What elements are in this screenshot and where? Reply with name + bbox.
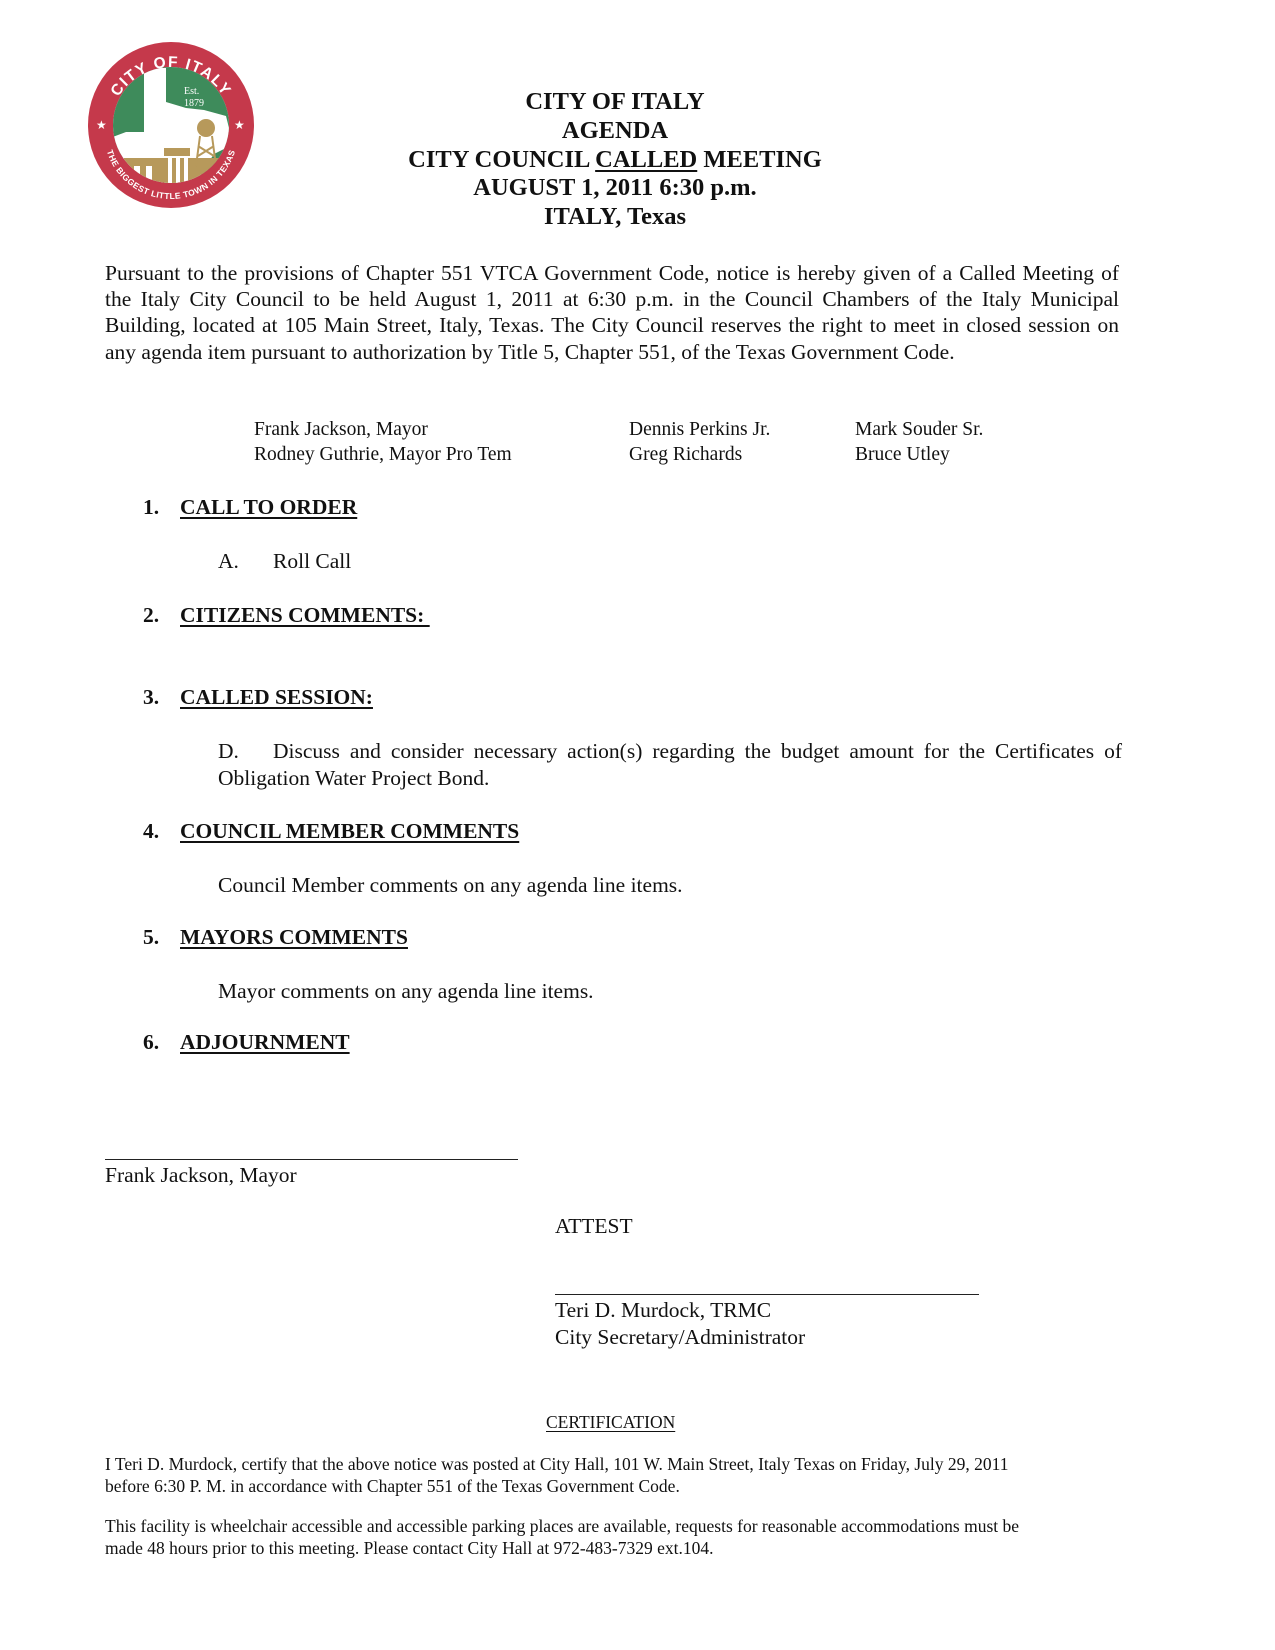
council-member: Dennis Perkins Jr. [629,418,770,443]
header-location: ITALY, Texas [330,203,900,232]
header-city: CITY OF ITALY [330,88,900,117]
council-member: Frank Jackson, Mayor [254,418,512,443]
attest-label: ATTEST [555,1214,633,1239]
agenda-item-d: D.Discuss and consider necessary action(… [218,738,1122,792]
accessibility-notice: This facility is wheelchair accessible a… [105,1515,1019,1559]
agenda-number: 2. [143,603,159,628]
svg-text:Est.: Est. [184,86,199,97]
agenda-sub-roll-call: Roll Call [273,549,351,574]
agenda-sub-letter: D. [218,738,273,765]
agenda-heading-adjournment: ADJOURNMENT [180,1030,350,1055]
secretary-signature-line [555,1294,979,1295]
notice-paragraph: Pursuant to the provisions of Chapter 55… [105,260,1119,365]
agenda-heading-citizens-comments: CITIZENS COMMENTS: [180,603,430,628]
certification-title: CERTIFICATION [546,1412,675,1433]
header-date: AUGUST 1, 2011 6:30 p.m. [330,174,900,203]
header-meeting-type: CITY COUNCIL CALLED MEETING [330,146,900,175]
mayor-signature-name: Frank Jackson, Mayor [105,1163,297,1188]
agenda-heading-call-to-order: CALL TO ORDER [180,495,357,520]
secretary-name: Teri D. Murdock, TRMC [555,1298,771,1323]
city-seal-icon: Est. 1879 CITY OF ITALY THE BIGGEST LITT… [86,40,256,210]
city-seal-logo: Est. 1879 CITY OF ITALY THE BIGGEST LITT… [86,40,256,210]
council-member: Bruce Utley [855,443,983,468]
council-column-3: Mark Souder Sr. Bruce Utley [855,418,983,467]
council-member: Rodney Guthrie, Mayor Pro Tem [254,443,512,468]
council-member: Greg Richards [629,443,770,468]
agenda-sub-letter: A. [218,549,239,574]
council-member: Mark Souder Sr. [855,418,983,443]
mayor-signature-line [105,1159,518,1160]
agenda-heading-called-session: CALLED SESSION: [180,685,373,710]
star-icon: ★ [234,118,245,132]
agenda-sub-text: Discuss and consider necessary action(s)… [218,739,1122,790]
agenda-number: 4. [143,819,159,844]
agenda-number: 5. [143,925,159,950]
agenda-number: 3. [143,685,159,710]
agenda-body: Council Member comments on any agenda li… [218,873,683,898]
agenda-heading-council-comments: COUNCIL MEMBER COMMENTS [180,819,519,844]
svg-text:1879: 1879 [184,98,204,109]
agenda-number: 1. [143,495,159,520]
star-icon: ★ [96,118,107,132]
council-column-2: Dennis Perkins Jr. Greg Richards [629,418,770,467]
document-header: CITY OF ITALY AGENDA CITY COUNCIL CALLED… [330,88,900,232]
council-column-1: Frank Jackson, Mayor Rodney Guthrie, May… [254,418,512,467]
agenda-heading-mayors-comments: MAYORS COMMENTS [180,925,408,950]
secretary-title: City Secretary/Administrator [555,1325,805,1350]
agenda-number: 6. [143,1030,159,1055]
header-agenda: AGENDA [330,117,900,146]
agenda-body: Mayor comments on any agenda line items. [218,979,594,1004]
certification-statement: I Teri D. Murdock, certify that the abov… [105,1453,1009,1497]
